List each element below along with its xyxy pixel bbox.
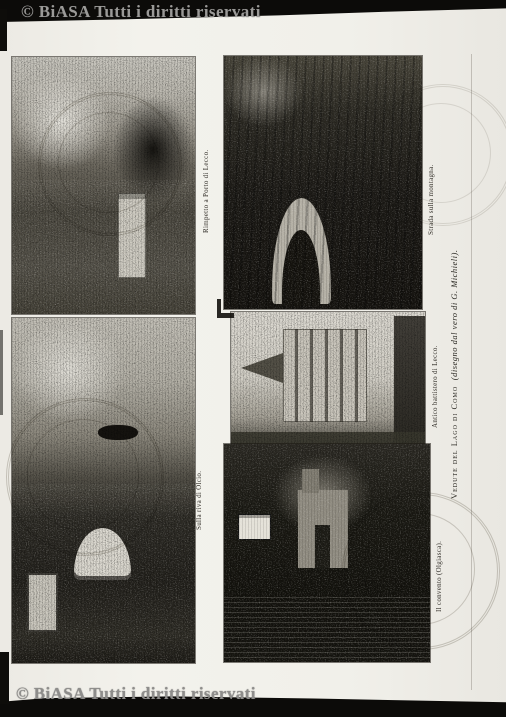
engraving-grain (224, 444, 430, 662)
scanned-page: © BiASA Tutti i diritti riservati © BiAS… (0, 0, 506, 717)
watermark-bottom: © BiASA Tutti i diritti riservati (16, 684, 256, 704)
ground-strip (231, 432, 425, 444)
tower-ruin (118, 193, 145, 278)
sky-highlight (12, 72, 111, 170)
stone-arch (272, 198, 331, 304)
shore-hut (27, 573, 58, 632)
caption-rimpetto-a-porto-di-lecco: Rimpetto a Porto di Lecco. (202, 150, 210, 233)
page-edge-mark (0, 330, 3, 415)
engraving-strada-sulla-montagna (224, 56, 422, 309)
sky-highlight (12, 318, 125, 422)
watermark-top: © BiASA Tutti i diritti riservati (21, 2, 261, 22)
boat-silhouette (98, 425, 138, 441)
convent-building (298, 490, 347, 568)
sky-patch (273, 455, 372, 533)
tree-hatching (224, 56, 422, 309)
engraving-grain (12, 318, 195, 663)
engraving-grain (224, 56, 422, 309)
plate-main-caption: Vedute del Lago di Como (disegno dal ver… (449, 250, 459, 499)
engraving-il-convento-olgiasca (224, 444, 430, 662)
engraving-grain (12, 180, 195, 314)
plate-credit: (disegno dal vero di G. Michieli). (449, 250, 459, 381)
caption-il-convento-olgiasca: Il convento (Olgiasca). (435, 541, 443, 612)
boat-awning (74, 528, 131, 580)
page-edge-mark (0, 652, 9, 704)
engraving-grain (12, 57, 195, 314)
page-edge-mark (0, 9, 7, 51)
white-sign (238, 514, 271, 540)
engraving-grain (231, 312, 425, 444)
engraving-antico-battistero-di-lecco (231, 312, 425, 444)
water-reflections (224, 597, 430, 662)
baptistery-spire (241, 353, 283, 383)
baptistery-body (283, 329, 366, 421)
caption-antico-battistero-di-lecco: Antico battistero di Lecco. (431, 345, 439, 428)
plate-title: Vedute del Lago di Como (449, 386, 459, 499)
engraving-rimpetto-a-porto-di-lecco (12, 57, 195, 314)
dark-vegetation (394, 316, 425, 444)
sky-gap (224, 56, 303, 127)
print-corner-mark (217, 299, 234, 318)
dark-foliage (113, 96, 194, 204)
page-fold-line (471, 54, 472, 690)
caption-strada-sulla-montagna: Strada sulla montagna. (427, 164, 435, 235)
caption-sulla-riva-di-olcio: Sulla riva di Olcio. (195, 471, 203, 530)
engraving-sulla-riva-di-olcio (12, 318, 195, 663)
engraving-grain (12, 484, 195, 663)
